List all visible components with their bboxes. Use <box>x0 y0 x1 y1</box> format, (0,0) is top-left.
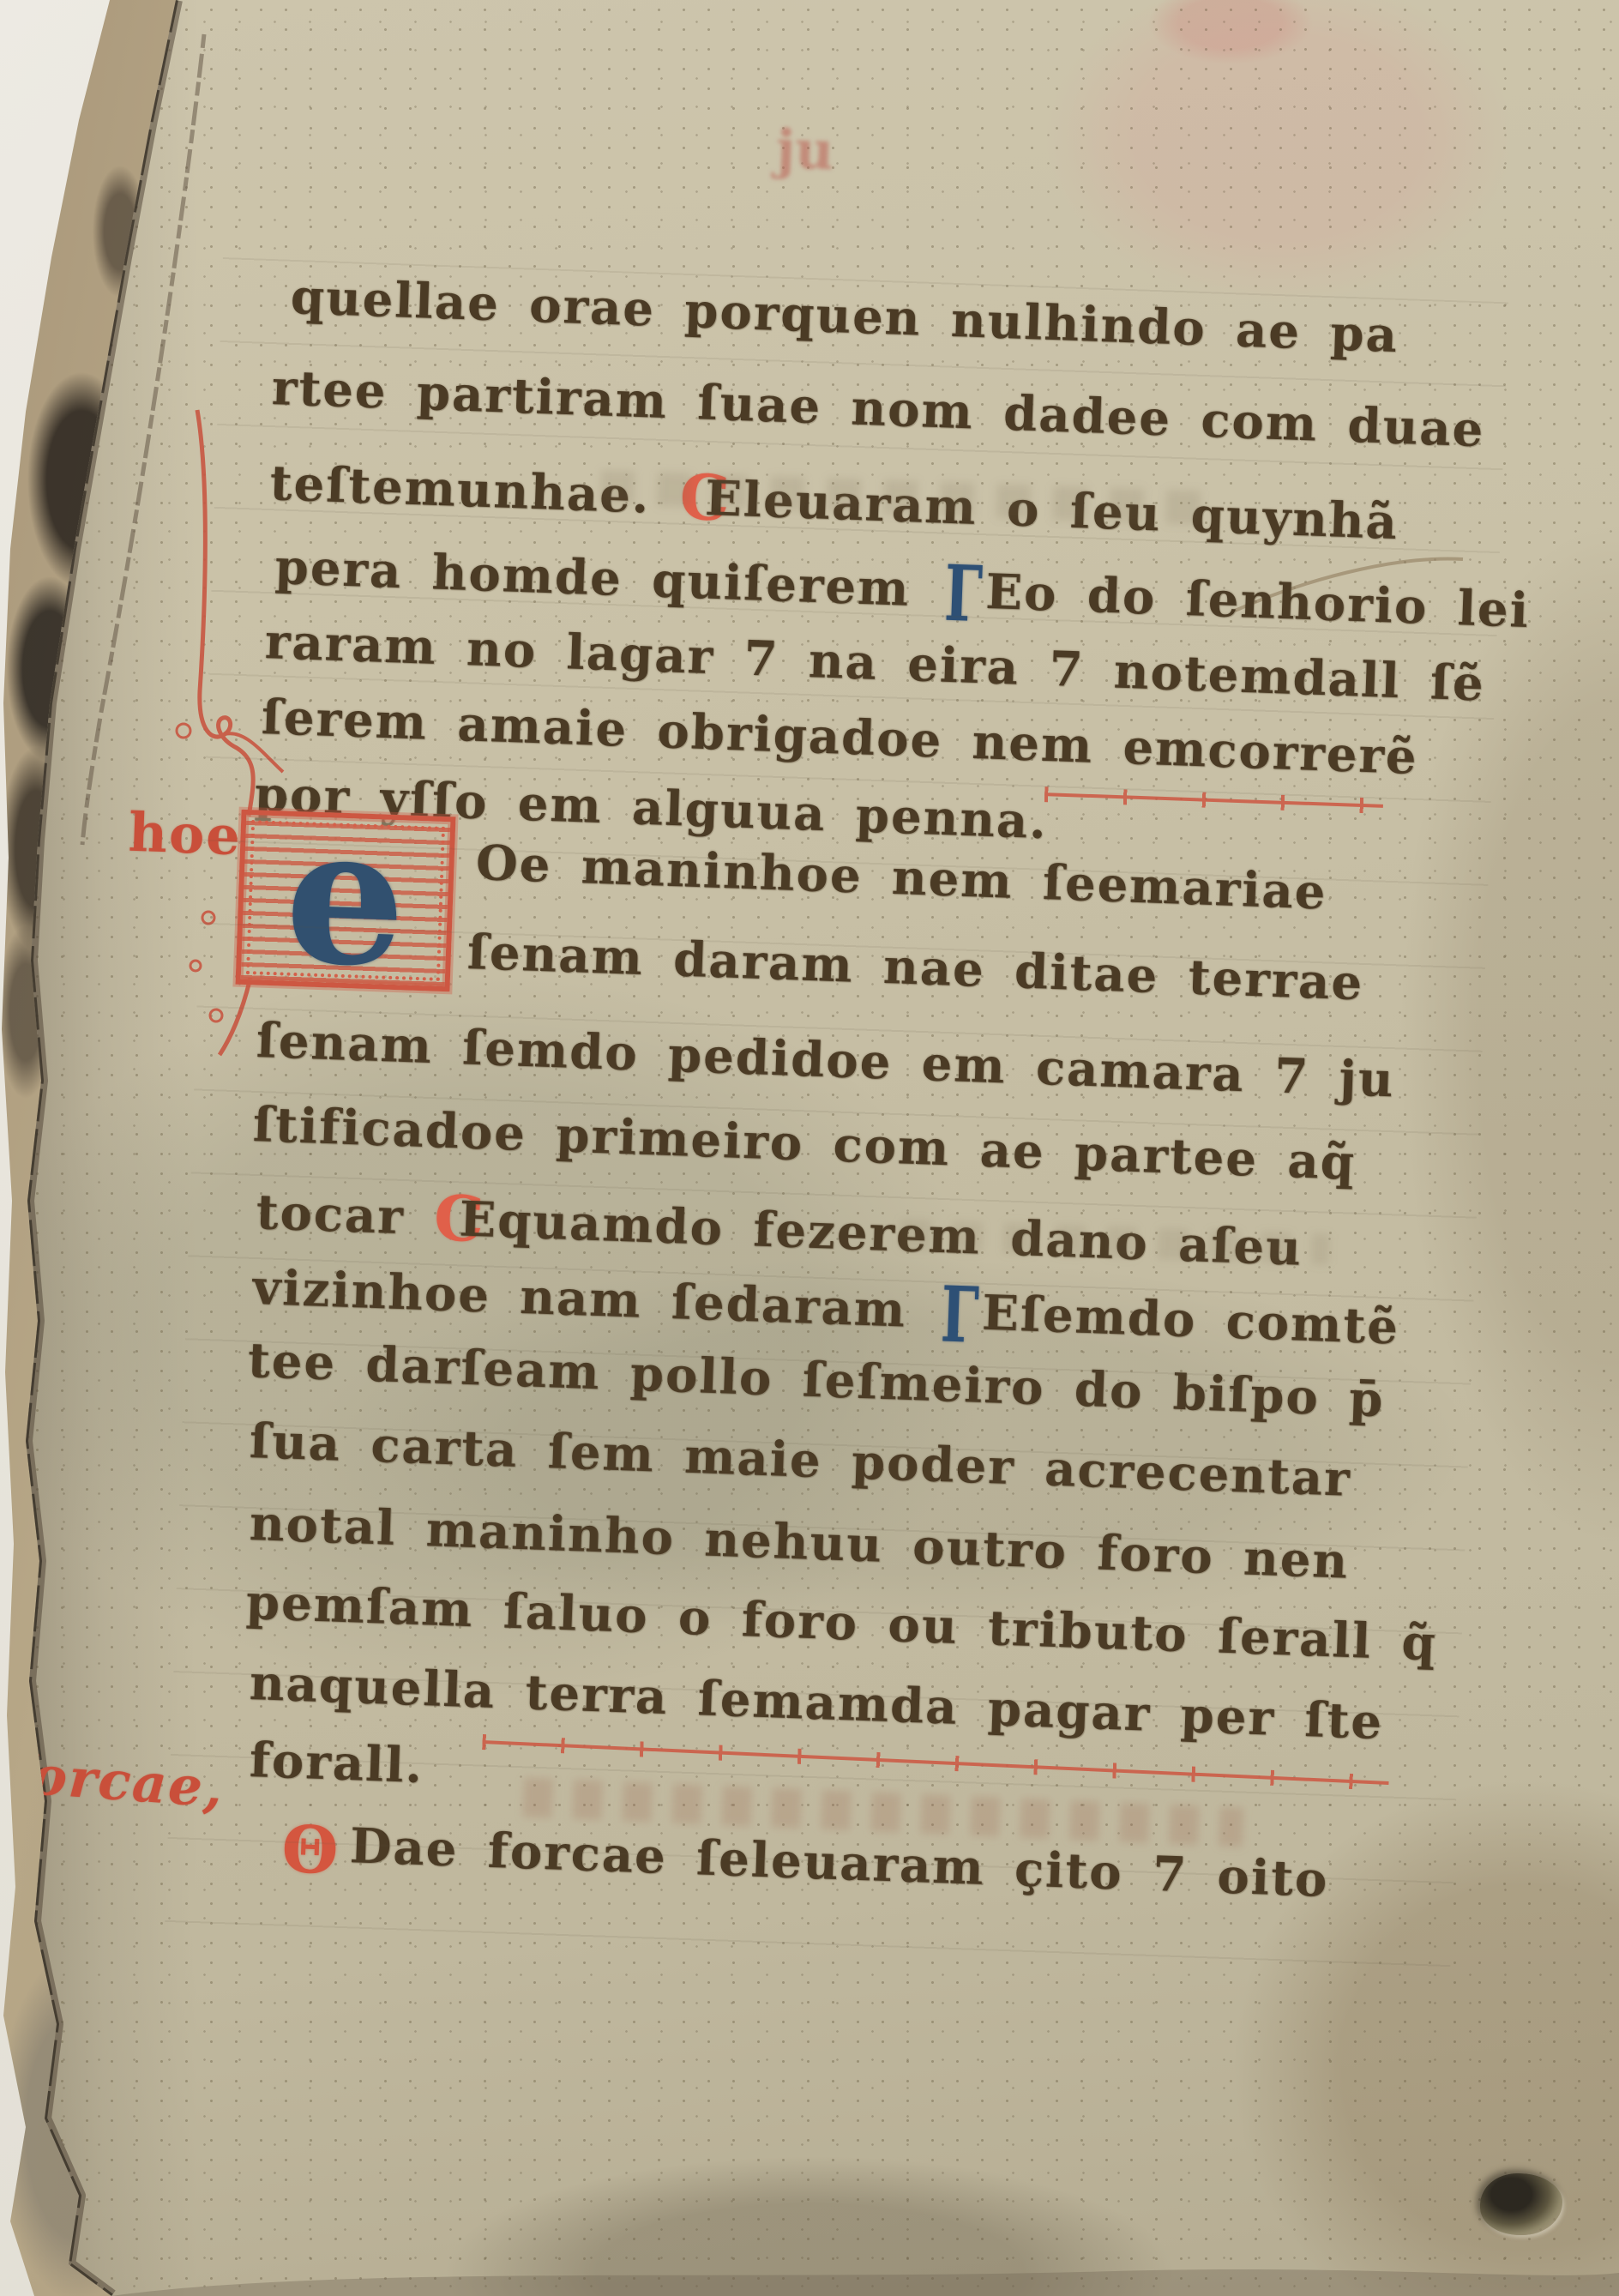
ink-text: notal maninho nehuu outro foro nen <box>249 1495 1350 1590</box>
ink-text: rtee partiram ſuae nom dadee com duae <box>271 359 1486 458</box>
line-filler-decoration <box>482 1734 1389 1791</box>
margin-note-hoe: hoe <box>128 806 243 864</box>
manuscript-line: notal maninho nehuu outro foro nen <box>249 1499 1350 1586</box>
ink-text: Oe maninhoe nem ſeemariae <box>475 835 1328 921</box>
ink-text: Equamdo fezerem dano aſeu <box>458 1190 1303 1276</box>
ink-text: Dae forcae ſeleuaram çito 7 oito <box>349 1817 1330 1908</box>
ink-text: ſtificadoe primeiro com ae partee aq̃ <box>252 1096 1357 1191</box>
manuscript-line: por yſſo em alguua penna. <box>254 770 1049 846</box>
manuscript-line: ſerem amaie obrigadoe nem emcorrerẽ <box>261 693 1419 781</box>
manuscript-line: pera homde quiſerem ΓEo do ſenhorio lei <box>274 539 1531 636</box>
ink-text: Eo do ſenhorio lei <box>984 563 1531 639</box>
ink-text: tocar <box>256 1184 436 1246</box>
blue-paraph-mark: Γ <box>940 1276 982 1354</box>
manuscript-line: ſtificadoe primeiro com ae partee aq̃ <box>252 1100 1357 1187</box>
bleedthrough-ghost-text <box>600 470 1201 525</box>
manuscript-line: tee darſeam pollo ſeſmeiro do biſpo p̄ <box>247 1336 1385 1424</box>
ink-text: ſenam ſemdo pedidoe em camara 7 ju <box>256 1012 1396 1108</box>
wormhole <box>1480 2173 1562 2235</box>
ink-text: naquella terra ſemamda pagar per ſte <box>249 1654 1384 1751</box>
manuscript-line: teſtemunhae. CEleuaram o ſeu quynhã <box>268 453 1399 555</box>
red-flourish <box>177 410 283 1055</box>
manuscript-line: tocar CEquamdo fezerem dano aſeu <box>255 1182 1303 1281</box>
ink-text: por yſſo em alguua penna. <box>254 766 1049 850</box>
manuscript-line: quellae orae porquen nulhindo ae pa <box>290 273 1399 359</box>
line-filler-decoration <box>1044 786 1383 814</box>
manuscript-line: ΘDae forcae ſeleuaram çito 7 oito <box>280 1817 1329 1918</box>
ink-text: pera homde quiſerem <box>274 539 941 618</box>
manuscript-line: Oe maninhoe nem ſeemariae <box>475 839 1327 917</box>
rubric-mark: C <box>433 1182 487 1256</box>
manuscript-line: ſenam ſemdo pedidoe em camara 7 ju <box>256 1016 1395 1104</box>
initial-letter-e: e <box>282 800 409 993</box>
ink-text: ſenam daram nae ditae terrae <box>466 924 1364 1011</box>
edge-seams-and-flourishes <box>0 0 1619 2296</box>
decorated-initial-penwork-box: e <box>236 810 456 992</box>
ink-text: ſua carta ſem maie poder acrecentar <box>249 1413 1352 1508</box>
manuscript-photo: { "document": { "kind": "medieval manusc… <box>0 0 1619 2296</box>
manuscript-line: ſua carta ſem maie poder acrecentar <box>249 1417 1352 1504</box>
manuscript-line: pemſam ſaluo o foro ou tributo ſerall q̃ <box>245 1578 1438 1667</box>
ink-text: quellae orae porquen nulhindo ae pa <box>290 268 1399 364</box>
ink-text: raram no lagar 7 na eira 7 notemdall ſẽ <box>264 613 1486 713</box>
bleedthrough-ghost-text <box>900 1219 1330 1264</box>
ink-text: ſerem amaie obrigadoe nem emcorrerẽ <box>261 689 1419 786</box>
ink-text: pemſam ſaluo o foro ou tributo ſerall q̃ <box>245 1574 1438 1672</box>
manuscript-line: vizinhoe nam ſedaram ΓEſemdo comtẽ <box>252 1259 1400 1352</box>
rubric-mark: Θ <box>280 1811 341 1889</box>
parchment-folio: ju quellae orae porquen nulhindo ae pa r… <box>0 0 1619 2296</box>
manuscript-line: raram no lagar 7 na eira 7 notemdall ſẽ <box>264 618 1486 708</box>
manuscript-line: forall. <box>249 1736 424 1790</box>
ink-text: Eleuaram o ſeu quynhã <box>704 470 1399 551</box>
quire-mark: ju <box>775 118 835 182</box>
ink-text: teſtemunhae. <box>269 455 681 526</box>
penwork-beaded-frame <box>246 820 445 981</box>
blue-paraph-mark: Γ <box>943 555 985 633</box>
manuscript-line: rtee partiram ſuae nom dadee com duae <box>271 364 1485 454</box>
ink-text: vizinhoe nam ſedaram <box>252 1259 937 1340</box>
manuscript-line: naquella terra ſemamda pagar per ſte <box>249 1659 1384 1746</box>
manuscript-line: ſenam daram nae ditae terrae <box>466 928 1364 1007</box>
hair-scratch <box>1235 559 1463 612</box>
bottom-edge-shading <box>111 2269 1619 2296</box>
ink-text: tee darſeam pollo ſeſmeiro do biſpo p̄ <box>247 1332 1386 1428</box>
bleedthrough-ghost-text <box>522 1777 1243 1847</box>
rubric-mark: C <box>678 461 732 536</box>
ink-text: Eſemdo comtẽ <box>981 1285 1400 1356</box>
ink-text: forall. <box>249 1732 424 1794</box>
